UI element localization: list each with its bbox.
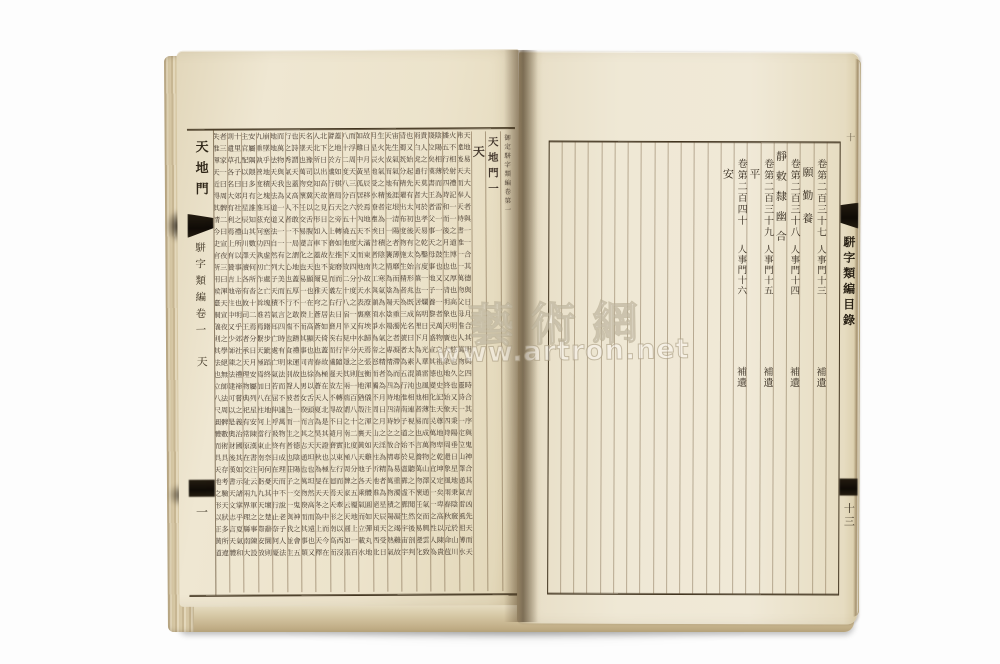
section-heading-column: 天地門一 bbox=[485, 131, 502, 591]
black-tab-icon bbox=[839, 479, 857, 496]
right-page: 卷第二百三十七人事門十三補遺願勤養卷第二百三十八人事門十四補遺靜敕隸幽合卷第二百… bbox=[517, 51, 859, 624]
catalog-grid: 卷第二百三十七人事門十三補遺願勤養卷第二百三十八人事門十四補遺靜敕隸幽合卷第二百… bbox=[548, 142, 840, 595]
commentary-column: 者三家一曰周髀二曰宣夜三曰渾天宣夜之學絕無師法周髀數術具存考驗天狀多所違失惟渾天… bbox=[214, 133, 230, 593]
commentary-column: 故日月星辰移焉地不滿東南故水潦塵埃歸焉張衡渾儀注渾天如雞子天體圓如彈丸地如雞中黃… bbox=[356, 132, 373, 592]
supplement-note: 補遺 bbox=[732, 366, 747, 388]
catalog-juan-column: 卷第二百四十人事門十六補遺 bbox=[732, 142, 747, 594]
commentary-column: 火不相射禮記一一之道博也厚也高也明也悠也久也又天秉陽垂日星地秉陰竅於山川播五行於… bbox=[442, 131, 459, 591]
empty-ruled-column bbox=[573, 142, 588, 594]
supplement-note: 補遺 bbox=[759, 366, 774, 388]
commentary-column: 北下日出高故見日入下故不見天之居如倚蓋故極在人北是其證也極在天之中而今在人北所以… bbox=[313, 132, 330, 592]
book-title-column: 御定駢字類編卷第一 bbox=[500, 131, 517, 591]
commentary-column: 天地易夫大人者與一一合其德與日月合其明與四時合其序與鬼神合其吉凶先天而天弗違後天… bbox=[457, 131, 474, 591]
banxin-head-character: 天 bbox=[193, 356, 209, 367]
left-page: 天地門 駢字類編卷一 天 一 御定駢字類編卷第一 天地門一 天 天地易夫大人者與… bbox=[177, 49, 522, 607]
empty-ruled-column bbox=[639, 142, 654, 594]
empty-ruled-column bbox=[626, 142, 641, 594]
left-page-banxin: 天地門 駢字類編卷一 天 一 bbox=[187, 130, 216, 596]
category-label: 人事門十五 bbox=[760, 244, 774, 296]
catalog-heads-column: 安 bbox=[719, 142, 734, 594]
empty-ruled-column bbox=[560, 142, 575, 594]
right-page-banxin: 十 駢字類編目錄 十三 bbox=[839, 131, 859, 651]
empty-ruled-column bbox=[653, 142, 668, 594]
commentary-column: 也又始起先有太初後有太始形兆既成名曰太素混沌相連視之不見聽之不聞然後剖判清濁既分… bbox=[399, 132, 416, 592]
commentary-column: 陰陽相薄而為雷一一之鼓也又一一者萬物之祖也史記天尊地卑乾坤定矣卑高以陳貴賤位矣漢… bbox=[428, 132, 445, 592]
book-photograph: 天地門 駢字類編卷一 天 一 御定駢字類編卷第一 天地門一 天 天地易夫大人者與… bbox=[0, 0, 1000, 664]
left-folio-number: 一 bbox=[193, 506, 210, 518]
head-character-column: 天 bbox=[471, 131, 488, 591]
empty-ruled-column bbox=[586, 142, 601, 594]
banxin-volume-title: 駢字類編卷一 bbox=[193, 242, 209, 341]
commentary-column: 也詩謂天蓋高不敢不局謂地蓋厚不敢不蹐禮運故人者一一之德陰陽之交鬼神之會五行之秀氣… bbox=[284, 132, 301, 592]
commentary-column: 宙生氣氣有涯垠清陽者薄靡而為天重濁者凝滯而為地清妙之合專易重濁之凝竭難故天先成而… bbox=[385, 132, 402, 592]
empty-ruled-column bbox=[679, 142, 694, 594]
category-label: 人事門十六 bbox=[733, 244, 747, 296]
head-characters: 安 bbox=[719, 168, 735, 179]
supplement-note: 補遺 bbox=[812, 366, 827, 388]
empty-ruled-column bbox=[666, 142, 681, 594]
right-folio-number: 十三 bbox=[840, 503, 856, 529]
right-page-text-frame: 卷第二百三十七人事門十三補遺願勤養卷第二百三十八人事門十四補遺靜敕隸幽合卷第二百… bbox=[547, 141, 841, 596]
commentary-column: 貴人之行莫大於孝易乾鑿度一一爛明日月光華雷風相薄而成萬物山澤通氣而興雲致雨白虎通… bbox=[414, 132, 431, 592]
black-tab-icon bbox=[187, 214, 213, 238]
black-tab-icon bbox=[189, 480, 215, 497]
commentary-subline: 失惟渾天近得其情今史官所用候臺銅儀則其法也立八尺圓體而具天地之形以正黃道 bbox=[214, 133, 222, 593]
left-text-grid: 御定駢字類編卷第一 天地門一 天 天地易夫大人者與一一合其德與日月合其明與四時合… bbox=[214, 131, 516, 593]
commentary-column: 蓋地方如棋局天旁轉如推磨而左行日月右行隨天左轉故日月實東行而天牽之以西沒譬之於蟻… bbox=[328, 132, 345, 592]
empty-ruled-column bbox=[600, 142, 615, 594]
commentary-column: 崩墜乎地積塊耳充塞四虛亡處亡塊若躇步跐蹈終日在地上行止奈何憂其壞楚辭圜則九重孰營… bbox=[256, 132, 273, 592]
left-page-text-frame: 天地門 駢字類編卷一 天 一 御定駢字類編卷第一 天地門一 天 天地易夫大人者與… bbox=[187, 127, 517, 597]
commentary-column: 而萬物與我為一又一一有大美而不言四時有明法而不議萬物有成理而不說老子人法地地法天… bbox=[270, 132, 287, 592]
commentary-column: 而浮周天三百六十五度又四分度之一又中分之則一百八十二度八分之五覆地上一百八十二度… bbox=[342, 132, 359, 592]
empty-ruled-column bbox=[706, 142, 721, 594]
commentary-column: 名天豫司兗冀以舌腹言之天顯也在上高顯也青徐以舌頭言之天坦也坦然高而遠也又天墜也萬… bbox=[299, 132, 316, 592]
category-label: 人事門十四 bbox=[786, 244, 800, 296]
black-tab-icon bbox=[840, 203, 858, 229]
commentary-column: 十里孔子曰郊社之禮所以事上帝也明乎郊社之禮禘嘗之義治國其如示諸掌乎夏氣和則遺草各… bbox=[227, 133, 244, 593]
empty-ruled-column bbox=[692, 142, 707, 594]
banxin-catalog-title: 駢字類編目錄 bbox=[841, 236, 858, 330]
banxin-section-label: 天地門 bbox=[191, 140, 210, 203]
commentary-column: 安屬隅隈多有誰知其數天何所沓十二焉分日月安屬列星安陳漢書注云九軍之事陳設主官配以… bbox=[241, 132, 258, 592]
catalog-juan-column: 卷第二百三十九人事門十五補遺 bbox=[759, 142, 774, 594]
empty-ruled-column bbox=[613, 142, 628, 594]
empty-ruled-column bbox=[548, 142, 561, 594]
banxin-top-mark: 十 bbox=[843, 133, 856, 142]
commentary-column: 生火火氣之精者為日積陰之寒氣為水水氣之精者為月日月之淫為精者為星辰天受日月星辰地… bbox=[371, 132, 388, 592]
supplement-note: 補遺 bbox=[785, 366, 800, 388]
head-characters: 平 bbox=[746, 168, 762, 179]
category-label: 人事門十三 bbox=[813, 244, 827, 296]
